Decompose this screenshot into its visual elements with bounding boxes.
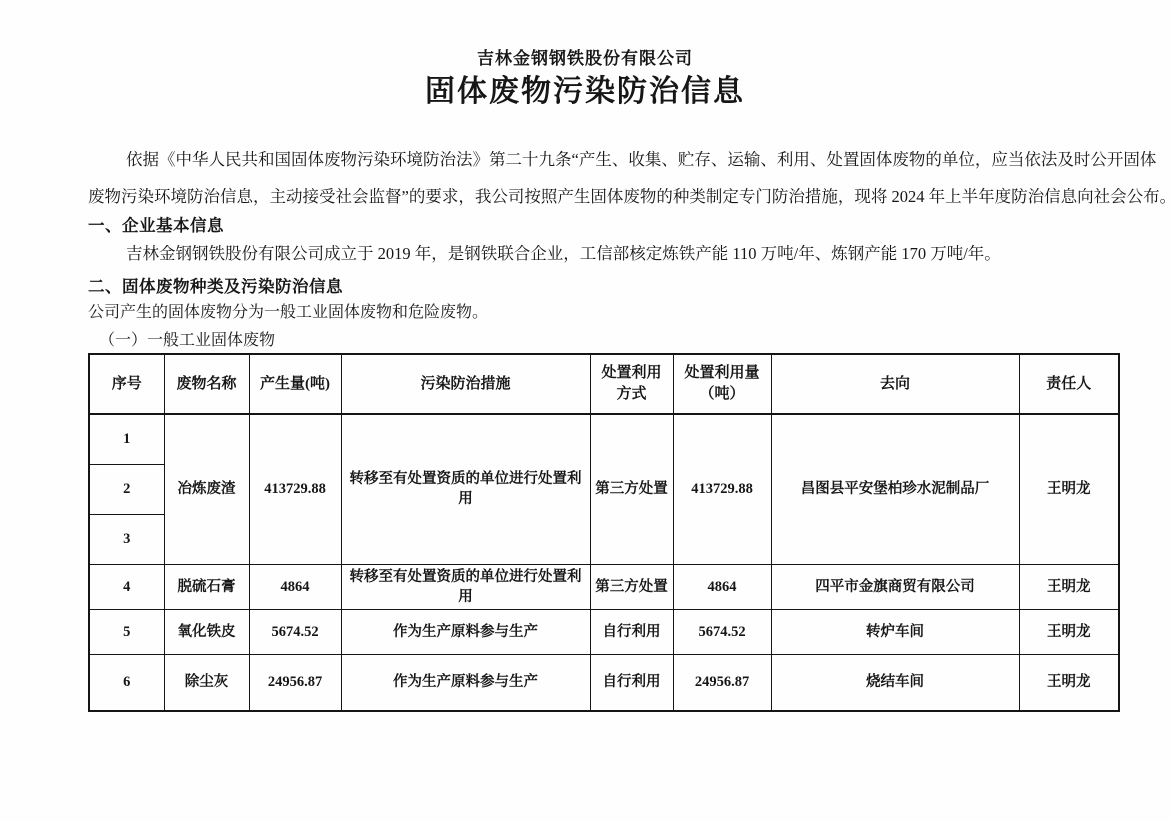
cell-waste-name-4: 脱硫石膏 <box>164 564 249 609</box>
section2-body: 公司产生的固体废物分为一般工业固体废物和危险废物。 <box>88 299 488 322</box>
cell-seq-5: 5 <box>89 609 164 654</box>
cell-measures-4: 转移至有处置资质的单位进行处置利用 <box>341 564 590 609</box>
col-header-generated-amount: 产生量(吨) <box>249 354 341 414</box>
section1-heading: 一、企业基本信息 <box>88 212 224 236</box>
waste-table-container: 序号 废物名称 产生量(吨) 污染防治措施 处置利用方式 处置利用量（吨） 去向… <box>88 353 1120 712</box>
general-industrial-solid-waste-table: 序号 废物名称 产生量(吨) 污染防治措施 处置利用方式 处置利用量（吨） 去向… <box>88 353 1120 712</box>
cell-disposal-amount-group1: 413729.88 <box>673 414 771 564</box>
cell-destination-4: 四平市金旗商贸有限公司 <box>771 564 1019 609</box>
cell-disposal-amount-4: 4864 <box>673 564 771 609</box>
col-header-responsible: 责任人 <box>1019 354 1119 414</box>
col-header-waste-name: 废物名称 <box>164 354 249 414</box>
document-title: 固体废物污染防治信息 <box>0 66 1170 110</box>
col-header-seq: 序号 <box>89 354 164 414</box>
cell-destination-6: 烧结车间 <box>771 654 1019 711</box>
cell-responsible-5: 王明龙 <box>1019 609 1119 654</box>
col-header-measures: 污染防治措施 <box>341 354 590 414</box>
cell-destination-5: 转炉车间 <box>771 609 1019 654</box>
table-row-1: 1 冶炼废渣 413729.88 转移至有处置资质的单位进行处置利用 第三方处置… <box>89 414 1119 464</box>
col-header-destination: 去向 <box>771 354 1019 414</box>
cell-generated-6: 24956.87 <box>249 654 341 711</box>
cell-responsible-4: 王明龙 <box>1019 564 1119 609</box>
cell-method-5: 自行利用 <box>590 609 673 654</box>
cell-waste-name-6: 除尘灰 <box>164 654 249 711</box>
cell-seq-4: 4 <box>89 564 164 609</box>
cell-seq-3: 3 <box>89 514 164 564</box>
cell-seq-6: 6 <box>89 654 164 711</box>
intro-line-2: 废物污染环境防治信息，主动接受社会监督”的要求，我公司按照产生固体废物的种类制定… <box>88 178 1118 215</box>
cell-disposal-amount-5: 5674.52 <box>673 609 771 654</box>
cell-measures-group1: 转移至有处置资质的单位进行处置利用 <box>341 414 590 564</box>
cell-waste-name-5: 氧化铁皮 <box>164 609 249 654</box>
intro-line-1: 依据《中华人民共和国固体废物污染环境防治法》第二十九条“产生、收集、贮存、运输、… <box>88 141 1118 178</box>
cell-disposal-amount-6: 24956.87 <box>673 654 771 711</box>
col-header-disposal-amount-line1: 处置利用量 <box>684 365 759 381</box>
cell-generated-group1: 413729.88 <box>249 414 341 564</box>
table-row-6: 6 除尘灰 24956.87 作为生产原料参与生产 自行利用 24956.87 … <box>89 654 1119 711</box>
subsection-heading: （一）一般工业固体废物 <box>99 327 275 350</box>
cell-method-group1: 第三方处置 <box>590 414 673 564</box>
col-header-disposal-amount-line2: （吨） <box>699 386 744 402</box>
col-header-disposal-method-line1: 处置利用 <box>601 365 661 381</box>
cell-destination-group1: 昌图县平安堡柏珍水泥制品厂 <box>771 414 1019 564</box>
cell-generated-5: 5674.52 <box>249 609 341 654</box>
cell-method-4: 第三方处置 <box>590 564 673 609</box>
cell-responsible-6: 王明龙 <box>1019 654 1119 711</box>
section2-heading: 二、固体废物种类及污染防治信息 <box>88 273 343 297</box>
cell-method-6: 自行利用 <box>590 654 673 711</box>
intro-paragraph: 依据《中华人民共和国固体废物污染环境防治法》第二十九条“产生、收集、贮存、运输、… <box>88 141 1118 215</box>
table-row-5: 5 氧化铁皮 5674.52 作为生产原料参与生产 自行利用 5674.52 转… <box>89 609 1119 654</box>
cell-responsible-group1: 王明龙 <box>1019 414 1119 564</box>
col-header-disposal-method: 处置利用方式 <box>590 354 673 414</box>
scanned-document-page: 吉林金钢钢铁股份有限公司 固体废物污染防治信息 依据《中华人民共和国固体废物污染… <box>0 0 1170 821</box>
cell-generated-4: 4864 <box>249 564 341 609</box>
cell-seq-1: 1 <box>89 414 164 464</box>
table-header-row: 序号 废物名称 产生量(吨) 污染防治措施 处置利用方式 处置利用量（吨） 去向… <box>89 354 1119 414</box>
cell-measures-5: 作为生产原料参与生产 <box>341 609 590 654</box>
cell-seq-2: 2 <box>89 464 164 514</box>
table-row-4: 4 脱硫石膏 4864 转移至有处置资质的单位进行处置利用 第三方处置 4864… <box>89 564 1119 609</box>
cell-waste-name-group1: 冶炼废渣 <box>164 414 249 564</box>
col-header-disposal-method-line2: 方式 <box>616 386 646 402</box>
section1-body: 吉林金钢钢铁股份有限公司成立于 2019 年，是钢铁联合企业，工信部核定炼铁产能… <box>88 240 1118 264</box>
col-header-disposal-amount: 处置利用量（吨） <box>673 354 771 414</box>
cell-measures-6: 作为生产原料参与生产 <box>341 654 590 711</box>
